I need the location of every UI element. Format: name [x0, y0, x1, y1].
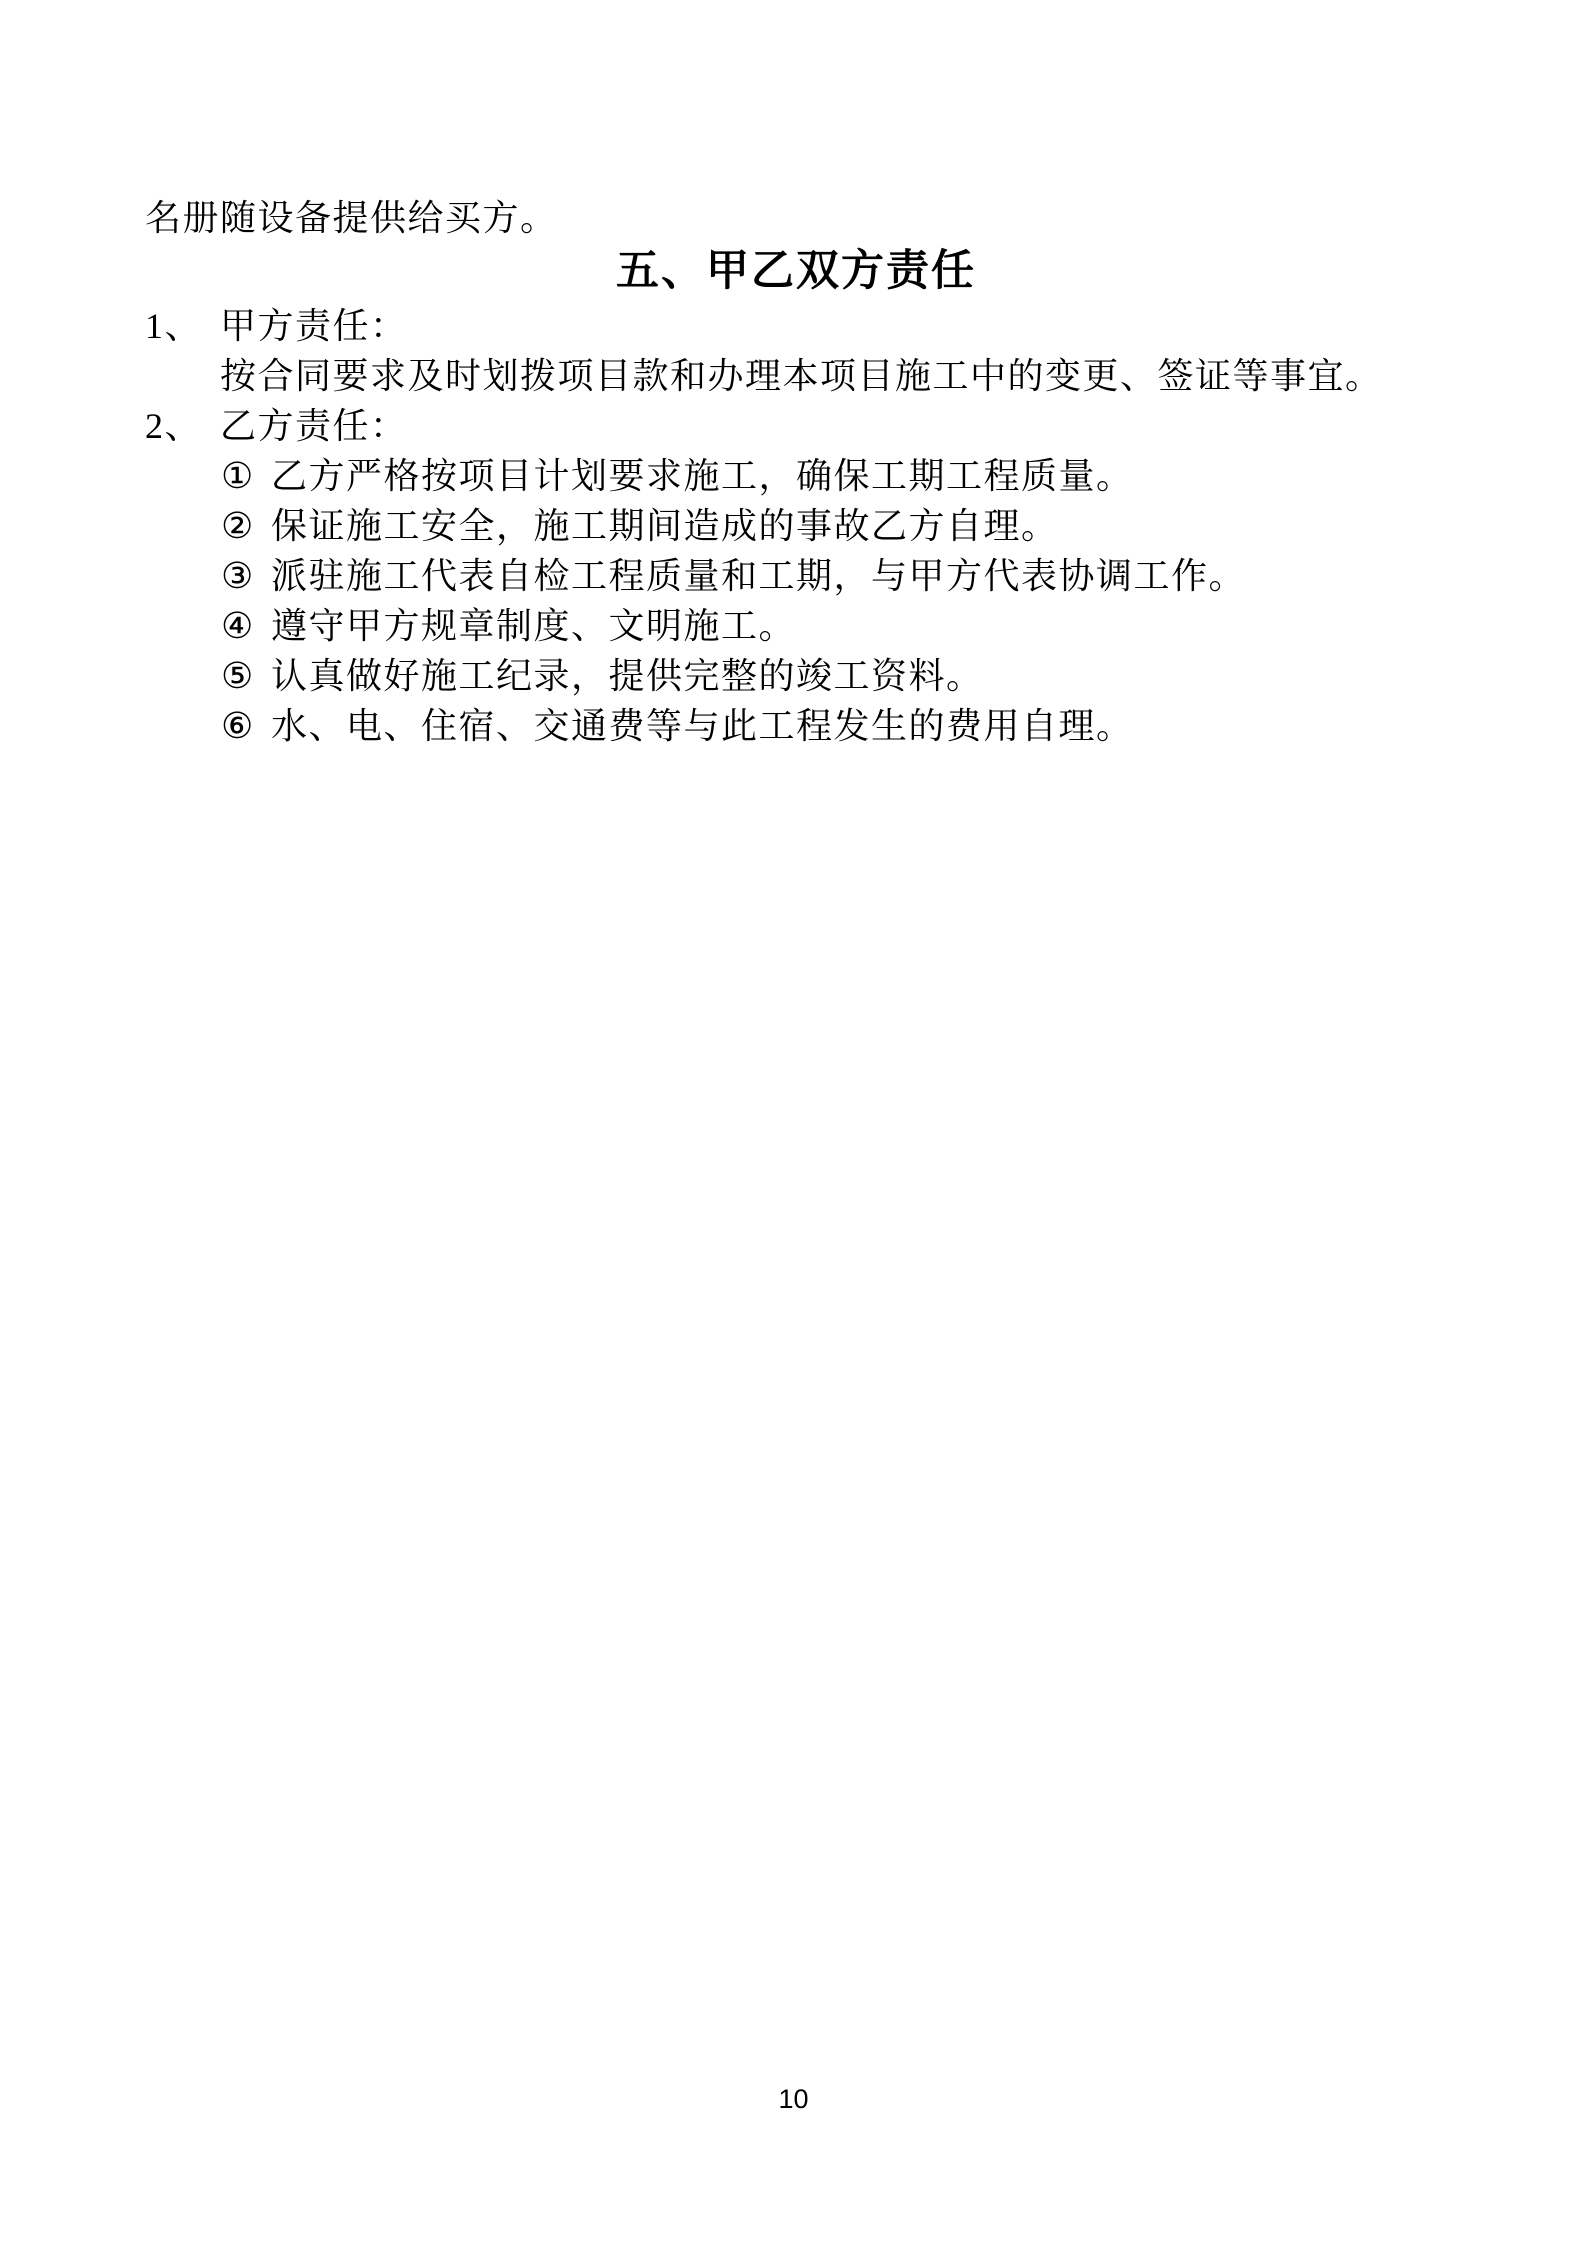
sub-item-3-marker: ③ — [221, 551, 271, 601]
list-item-party-a-title: 甲方责任： — [220, 301, 408, 351]
list-item-party-a-marker: 1、 — [145, 301, 220, 351]
sub-item-6-marker: ⑥ — [221, 701, 271, 751]
sub-item-4-text: 遵守甲方规章制度、文明施工。 — [271, 601, 796, 651]
sub-item-5: ⑤ 认真做好施工纪录，提供完整的竣工资料。 — [221, 651, 1447, 701]
sub-item-1-text: 乙方严格按项目计划要求施工，确保工期工程质量。 — [271, 451, 1134, 501]
sub-item-2-text: 保证施工安全，施工期间造成的事故乙方自理。 — [271, 501, 1059, 551]
section-heading: 五、甲乙双方责任 — [145, 243, 1447, 301]
document-content: 名册随设备提供给买方。 五、甲乙双方责任 1、 甲方责任： 按合同要求及时划拨项… — [145, 193, 1447, 751]
sub-item-4: ④ 遵守甲方规章制度、文明施工。 — [221, 601, 1447, 651]
intro-paragraph: 名册随设备提供给买方。 — [145, 193, 1447, 243]
sub-item-3: ③ 派驻施工代表自检工程质量和工期，与甲方代表协调工作。 — [221, 551, 1447, 601]
sub-item-4-marker: ④ — [221, 601, 271, 651]
sub-item-2-marker: ② — [221, 501, 271, 551]
sub-item-1: ① 乙方严格按项目计划要求施工，确保工期工程质量。 — [221, 451, 1447, 501]
list-item-party-b-title: 乙方责任： — [220, 401, 408, 451]
sub-item-5-marker: ⑤ — [221, 651, 271, 701]
document-page: 名册随设备提供给买方。 五、甲乙双方责任 1、 甲方责任： 按合同要求及时划拨项… — [0, 0, 1587, 2245]
page-number: 10 — [0, 2083, 1587, 2115]
list-item-party-b: 2、 乙方责任： — [145, 401, 1447, 451]
sub-item-2: ② 保证施工安全，施工期间造成的事故乙方自理。 — [221, 501, 1447, 551]
list-item-party-b-marker: 2、 — [145, 401, 220, 451]
sub-item-3-text: 派驻施工代表自检工程质量和工期，与甲方代表协调工作。 — [271, 551, 1246, 601]
list-item-party-a: 1、 甲方责任： — [145, 301, 1447, 351]
party-a-responsibility-text: 按合同要求及时划拨项目款和办理本项目施工中的变更、签证等事宜。 — [220, 351, 1447, 401]
sub-item-5-text: 认真做好施工纪录，提供完整的竣工资料。 — [271, 651, 984, 701]
sub-item-6-text: 水、电、住宿、交通费等与此工程发生的费用自理。 — [271, 701, 1134, 751]
sub-item-6: ⑥ 水、电、住宿、交通费等与此工程发生的费用自理。 — [221, 701, 1447, 751]
sub-item-1-marker: ① — [221, 451, 271, 501]
